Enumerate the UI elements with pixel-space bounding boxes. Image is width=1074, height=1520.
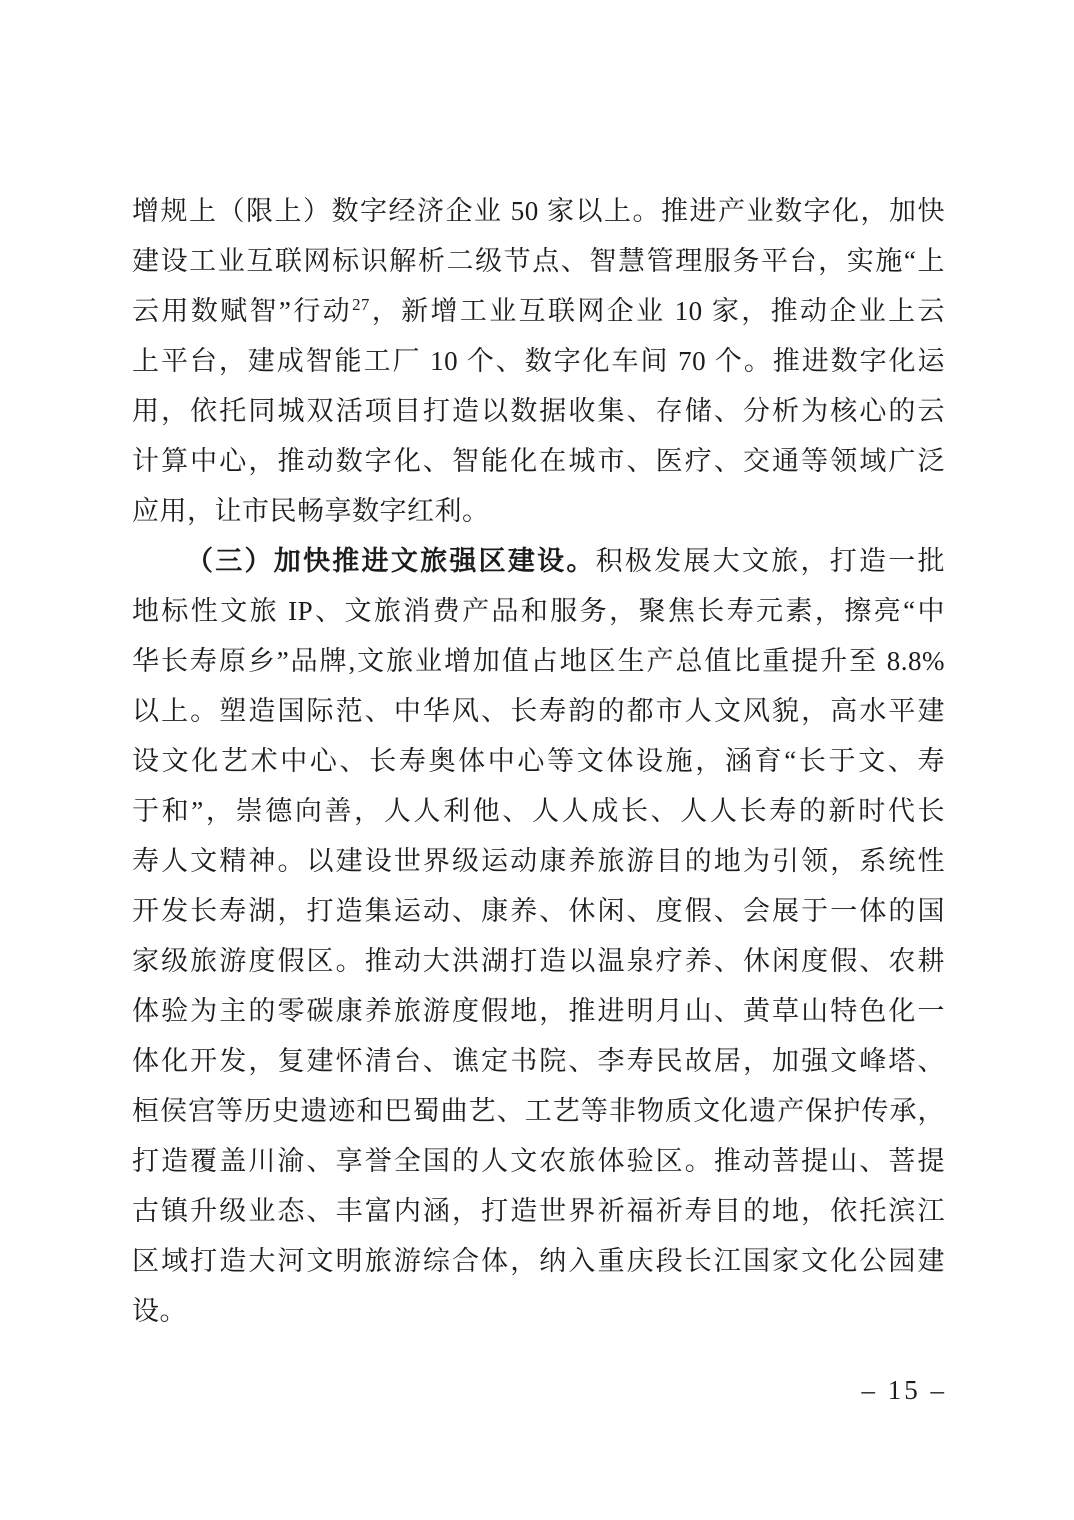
text-line: 区域打造大河文明旅游综合体，纳入重庆段长江国家文化公园建 bbox=[132, 1236, 945, 1286]
text-line: 桓侯宫等历史遗迹和巴蜀曲艺、工艺等非物质文化遗产保护传承， bbox=[132, 1086, 945, 1136]
paragraph: （三）加快推进文旅强区建设。积极发展大文旅，打造一批地标性文旅 IP、文旅消费产… bbox=[132, 536, 945, 1336]
text-block: 增规上（限上）数字经济企业 50 家以上。推进产业数字化，加快建设工业互联网标识… bbox=[132, 186, 945, 1336]
text-segment: 设。 bbox=[132, 1296, 187, 1326]
text-segment: 上平台，建成智能工厂 10 个、数字化车间 70 个。推进数字化运 bbox=[132, 346, 945, 376]
text-segment: 华长寿原乡”品牌,文旅业增加值占地区生产总值比重提升至 8.8% bbox=[132, 646, 945, 676]
text-segment: ，新增工业互联网企业 10 家，推动企业上云 bbox=[370, 296, 945, 326]
text-line: 打造覆盖川渝、享誉全国的人文农旅体验区。推动菩提山、菩提 bbox=[132, 1136, 945, 1186]
text-line: 家级旅游度假区。推动大洪湖打造以温泉疗养、休闲度假、农耕 bbox=[132, 936, 945, 986]
text-segment: 应用，让市民畅享数字红利。 bbox=[132, 496, 490, 526]
section-heading: （三）加快推进文旅强区建设。 bbox=[186, 546, 596, 576]
document-page: 增规上（限上）数字经济企业 50 家以上。推进产业数字化，加快建设工业互联网标识… bbox=[0, 0, 1074, 1520]
text-line: 设文化艺术中心、长寿奥体中心等文体设施，涵育“长于文、寿 bbox=[132, 736, 945, 786]
text-segment: 体验为主的零碳康养旅游度假地，推进明月山、黄草山特色化一 bbox=[132, 996, 945, 1026]
text-line: 上平台，建成智能工厂 10 个、数字化车间 70 个。推进数字化运 bbox=[132, 336, 945, 386]
text-segment: 家级旅游度假区。推动大洪湖打造以温泉疗养、休闲度假、农耕 bbox=[132, 946, 945, 976]
text-line: 体化开发，复建怀清台、谯定书院、李寿民故居，加强文峰塔、 bbox=[132, 1036, 945, 1086]
text-segment: 开发长寿湖，打造集运动、康养、休闲、度假、会展于一体的国 bbox=[132, 896, 945, 926]
text-line: 以上。塑造国际范、中华风、长寿韵的都市人文风貌，高水平建 bbox=[132, 686, 945, 736]
text-line: 古镇升级业态、丰富内涵，打造世界祈福祈寿目的地，依托滨江 bbox=[132, 1186, 945, 1236]
page-number: – 15 – bbox=[862, 1374, 948, 1406]
text-segment: 用，依托同城双活项目打造以数据收集、存储、分析为核心的云 bbox=[132, 396, 945, 426]
text-line: 设。 bbox=[132, 1286, 945, 1336]
text-line: 云用数赋智”行动27，新增工业互联网企业 10 家，推动企业上云 bbox=[132, 286, 945, 336]
text-segment: 计算中心，推动数字化、智能化在城市、医疗、交通等领域广泛 bbox=[132, 446, 945, 476]
text-segment: 积极发展大文旅，打造一批 bbox=[596, 546, 945, 576]
text-line: 地标性文旅 IP、文旅消费产品和服务，聚焦长寿元素，擦亮“中 bbox=[132, 586, 945, 636]
text-segment: 桓侯宫等历史遗迹和巴蜀曲艺、工艺等非物质文化遗产保护传承， bbox=[132, 1096, 945, 1126]
paragraph: 增规上（限上）数字经济企业 50 家以上。推进产业数字化，加快建设工业互联网标识… bbox=[132, 186, 945, 536]
text-segment: 云用数赋智”行动 bbox=[132, 296, 352, 326]
text-segment: 寿人文精神。以建设世界级运动康养旅游目的地为引领，系统性 bbox=[132, 846, 945, 876]
text-segment: 于和”，崇德向善，人人利他、人人成长、人人长寿的新时代长 bbox=[132, 796, 945, 826]
text-line: 计算中心，推动数字化、智能化在城市、医疗、交通等领域广泛 bbox=[132, 436, 945, 486]
text-line: 增规上（限上）数字经济企业 50 家以上。推进产业数字化，加快 bbox=[132, 186, 945, 236]
text-line: 体验为主的零碳康养旅游度假地，推进明月山、黄草山特色化一 bbox=[132, 986, 945, 1036]
text-segment: 以上。塑造国际范、中华风、长寿韵的都市人文风貌，高水平建 bbox=[132, 696, 945, 726]
text-segment: 古镇升级业态、丰富内涵，打造世界祈福祈寿目的地，依托滨江 bbox=[132, 1196, 945, 1226]
text-line: 开发长寿湖，打造集运动、康养、休闲、度假、会展于一体的国 bbox=[132, 886, 945, 936]
text-segment: 区域打造大河文明旅游综合体，纳入重庆段长江国家文化公园建 bbox=[132, 1246, 945, 1276]
text-segment: 打造覆盖川渝、享誉全国的人文农旅体验区。推动菩提山、菩提 bbox=[132, 1146, 945, 1176]
footnote-ref: 27 bbox=[352, 295, 370, 314]
text-line: 用，依托同城双活项目打造以数据收集、存储、分析为核心的云 bbox=[132, 386, 945, 436]
text-line: 应用，让市民畅享数字红利。 bbox=[132, 486, 945, 536]
text-line: 华长寿原乡”品牌,文旅业增加值占地区生产总值比重提升至 8.8% bbox=[132, 636, 945, 686]
text-segment: 增规上（限上）数字经济企业 50 家以上。推进产业数字化，加快 bbox=[132, 196, 945, 226]
text-segment: 设文化艺术中心、长寿奥体中心等文体设施，涵育“长于文、寿 bbox=[132, 746, 945, 776]
text-segment: 体化开发，复建怀清台、谯定书院、李寿民故居，加强文峰塔、 bbox=[132, 1046, 945, 1076]
text-line: 寿人文精神。以建设世界级运动康养旅游目的地为引领，系统性 bbox=[132, 836, 945, 886]
text-segment: 建设工业互联网标识解析二级节点、智慧管理服务平台，实施“上 bbox=[132, 246, 945, 276]
text-segment: 地标性文旅 IP、文旅消费产品和服务，聚焦长寿元素，擦亮“中 bbox=[132, 596, 945, 626]
text-line: （三）加快推进文旅强区建设。积极发展大文旅，打造一批 bbox=[132, 536, 945, 586]
text-line: 建设工业互联网标识解析二级节点、智慧管理服务平台，实施“上 bbox=[132, 236, 945, 286]
text-line: 于和”，崇德向善，人人利他、人人成长、人人长寿的新时代长 bbox=[132, 786, 945, 836]
